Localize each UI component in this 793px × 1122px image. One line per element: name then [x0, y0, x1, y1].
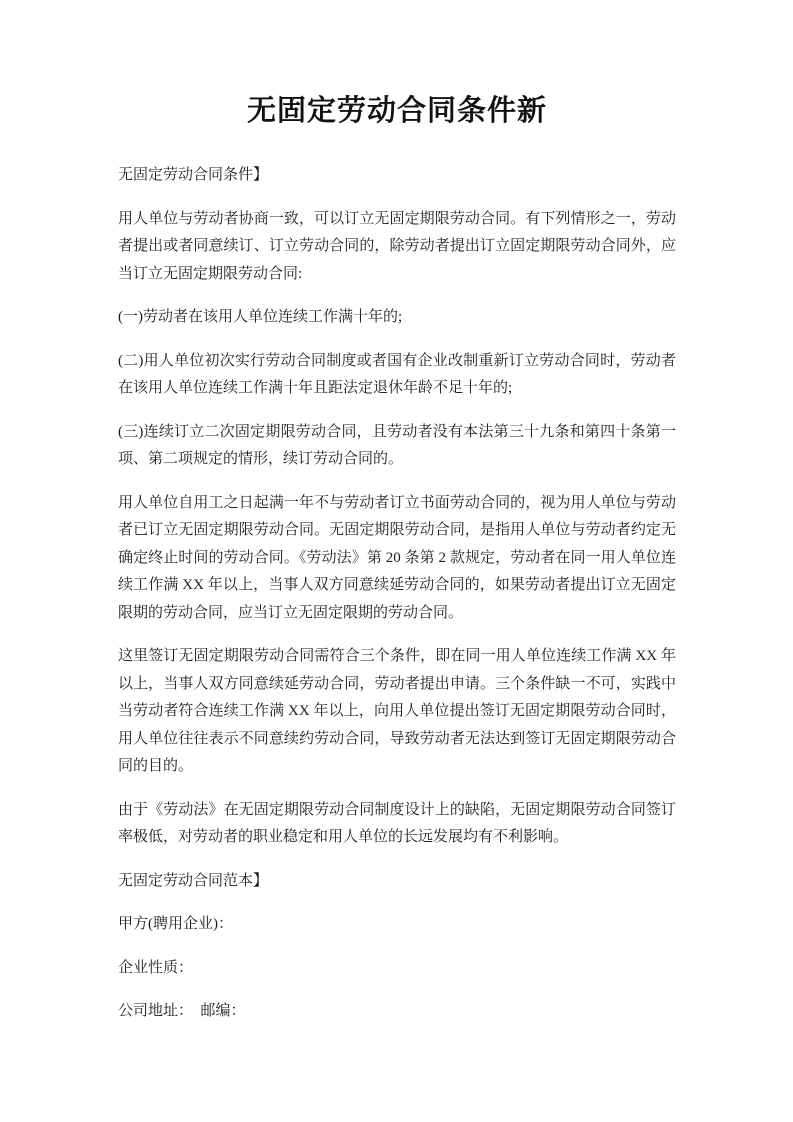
paragraph-intro: 用人单位与劳动者协商一致，可以订立无固定期限劳动合同。有下列情形之一，劳动者提出…	[118, 206, 676, 289]
paragraph-item-3: (三)连续订立二次固定期限劳动合同，且劳动者没有本法第三十九条和第四十条第一项、…	[118, 419, 676, 474]
section-heading-template: 无固定劳动合同范本】	[118, 868, 676, 896]
paragraph-item-2: (二)用人单位初次实行劳动合同制度或者国有企业改制重新订立劳动合同时，劳动者在该…	[118, 348, 676, 403]
paragraph-three-conditions: 这里签订无固定期限劳动合同需符合三个条件，即在同一用人单位连续工作满 XX 年以…	[118, 643, 676, 781]
document-page: 无固定劳动合同条件新 无固定劳动合同条件】 用人单位与劳动者协商一致，可以订立无…	[0, 0, 793, 1122]
paragraph-definition: 用人单位自用工之日起满一年不与劳动者订立书面劳动合同的，视为用人单位与劳动者已订…	[118, 490, 676, 628]
document-title: 无固定劳动合同条件新	[118, 92, 676, 130]
section-heading-conditions: 无固定劳动合同条件】	[118, 162, 676, 190]
document-body: 无固定劳动合同条件】 用人单位与劳动者协商一致，可以订立无固定期限劳动合同。有下…	[118, 162, 676, 1026]
form-line-party-a: 甲方(聘用企业)：	[118, 911, 676, 939]
form-line-enterprise-type: 企业性质：	[118, 955, 676, 983]
paragraph-defect: 由于《劳动法》在无固定期限劳动合同制度设计上的缺陷，无固定期限劳动合同签订率极低…	[118, 797, 676, 852]
paragraph-item-1: (一)劳动者在该用人单位连续工作满十年的;	[118, 304, 676, 332]
form-line-address-postcode: 公司地址： 邮编：	[118, 998, 676, 1026]
